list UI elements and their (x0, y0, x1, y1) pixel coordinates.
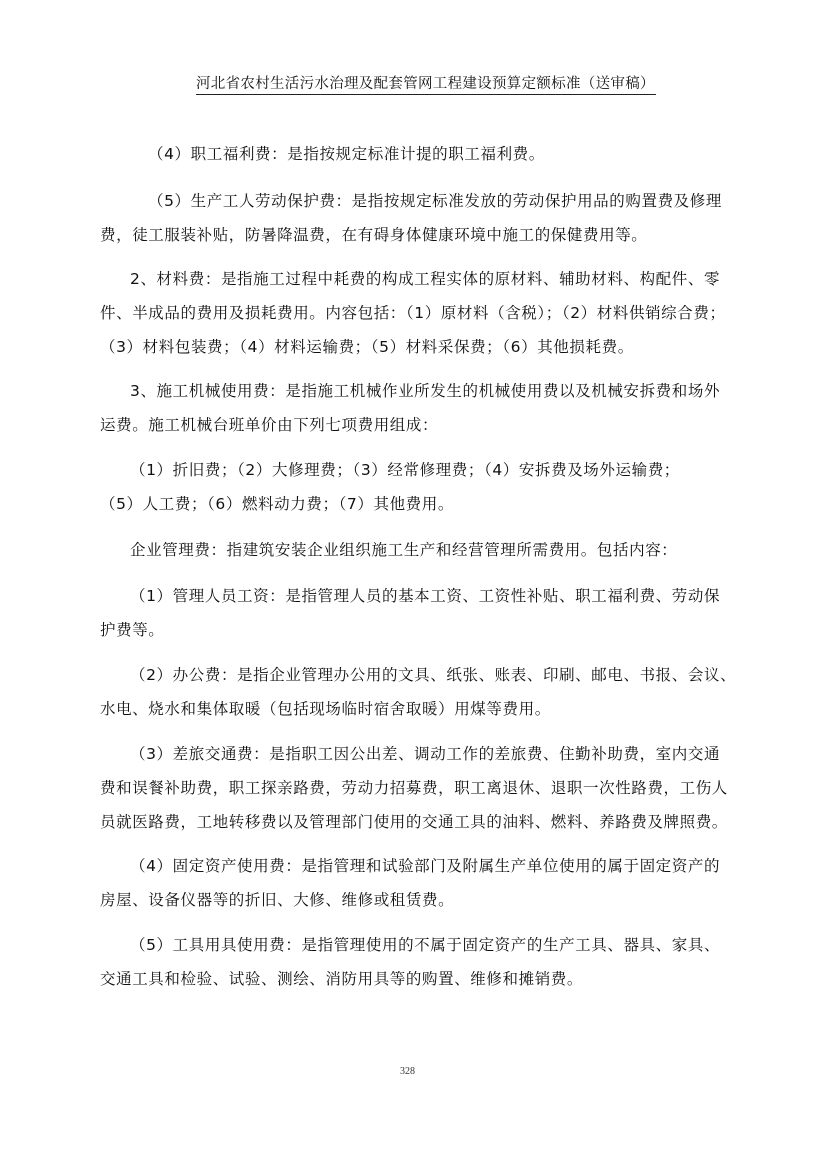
paragraph-line: 员就医路费，工地转移费以及管理部门使用的交通工具的油料、燃料、养路费及牌照费。 (100, 812, 728, 832)
paragraph-line: （5）生产工人劳动保护费：是指按规定标准发放的劳动保护用品的购置费及修理 (148, 191, 722, 211)
paragraph-line: （4）固定资产使用费：是指管理和试验部门及附属生产单位使用的属于固定资产的 (130, 856, 720, 876)
paragraph-line: 费，徒工服装补贴，防暑降温费，在有碍身体健康环境中施工的保健费用等。 (100, 225, 647, 245)
paragraph-line: 费和误餐补助费，职工探亲路费，劳动力招募费，职工离退休、退职一次性路费，工伤人 (100, 778, 728, 798)
paragraph-line: （3）差旅交通费：是指职工因公出差、调动工作的差旅费、住勤补助费，室内交通 (130, 744, 720, 764)
paragraph-line: （5）工具用具使用费：是指管理使用的不属于固定资产的生产工具、器具、家具、 (130, 935, 720, 955)
page-number: 328 (400, 1066, 415, 1077)
paragraph-line: （3）材料包装费；（4）材料运输费；（5）材料采保费；（6）其他损耗费。 (100, 337, 634, 357)
paragraph-line: （1）折旧费；（2）大修理费；（3）经常修理费；（4）安拆费及场外运输费； (130, 460, 680, 480)
paragraph-line: 企业管理费：指建筑安装企业组织施工生产和经营管理所需费用。包括内容： (130, 540, 677, 560)
paragraph-line: 交通工具和检验、试验、测绘、消防用具等的购置、维修和摊销费。 (100, 969, 583, 989)
paragraph-line: 运费。施工机械台班单价由下列七项费用组成： (100, 415, 438, 435)
paragraph-line: 房屋、设备仪器等的折旧、大修、维修或租赁费。 (100, 890, 454, 910)
document-header-title: 河北省农村生活污水治理及配套管网工程建设预算定额标准（送审稿） (196, 75, 656, 95)
paragraph-line: 3、施工机械使用费：是指施工机械作业所发生的机械使用费以及机械安拆费和场外 (130, 381, 720, 401)
paragraph-line: （5）人工费；（6）燃料动力费；（7）其他费用。 (100, 494, 454, 514)
paragraph-line: 2、材料费：是指施工过程中耗费的构成工程实体的原材料、辅助材料、构配件、零 (130, 269, 720, 289)
paragraph-line: 护费等。 (100, 620, 164, 640)
paragraph-line: （2）办公费：是指企业管理办公用的文具、纸张、账表、印刷、邮电、书报、会议、 (130, 665, 736, 685)
paragraph-line: （1）管理人员工资：是指管理人员的基本工资、工资性补贴、职工福利费、劳动保 (130, 586, 720, 606)
paragraph-line: 水电、烧水和集体取暖（包括现场临时宿舍取暖）用煤等费用。 (100, 699, 551, 719)
paragraph-line: 件、半成品的费用及损耗费用。内容包括：（1）原材料（含税）；（2）材料供销综合费… (100, 303, 726, 323)
paragraph-line: （4）职工福利费：是指按规定标准计提的职工福利费。 (148, 144, 545, 164)
